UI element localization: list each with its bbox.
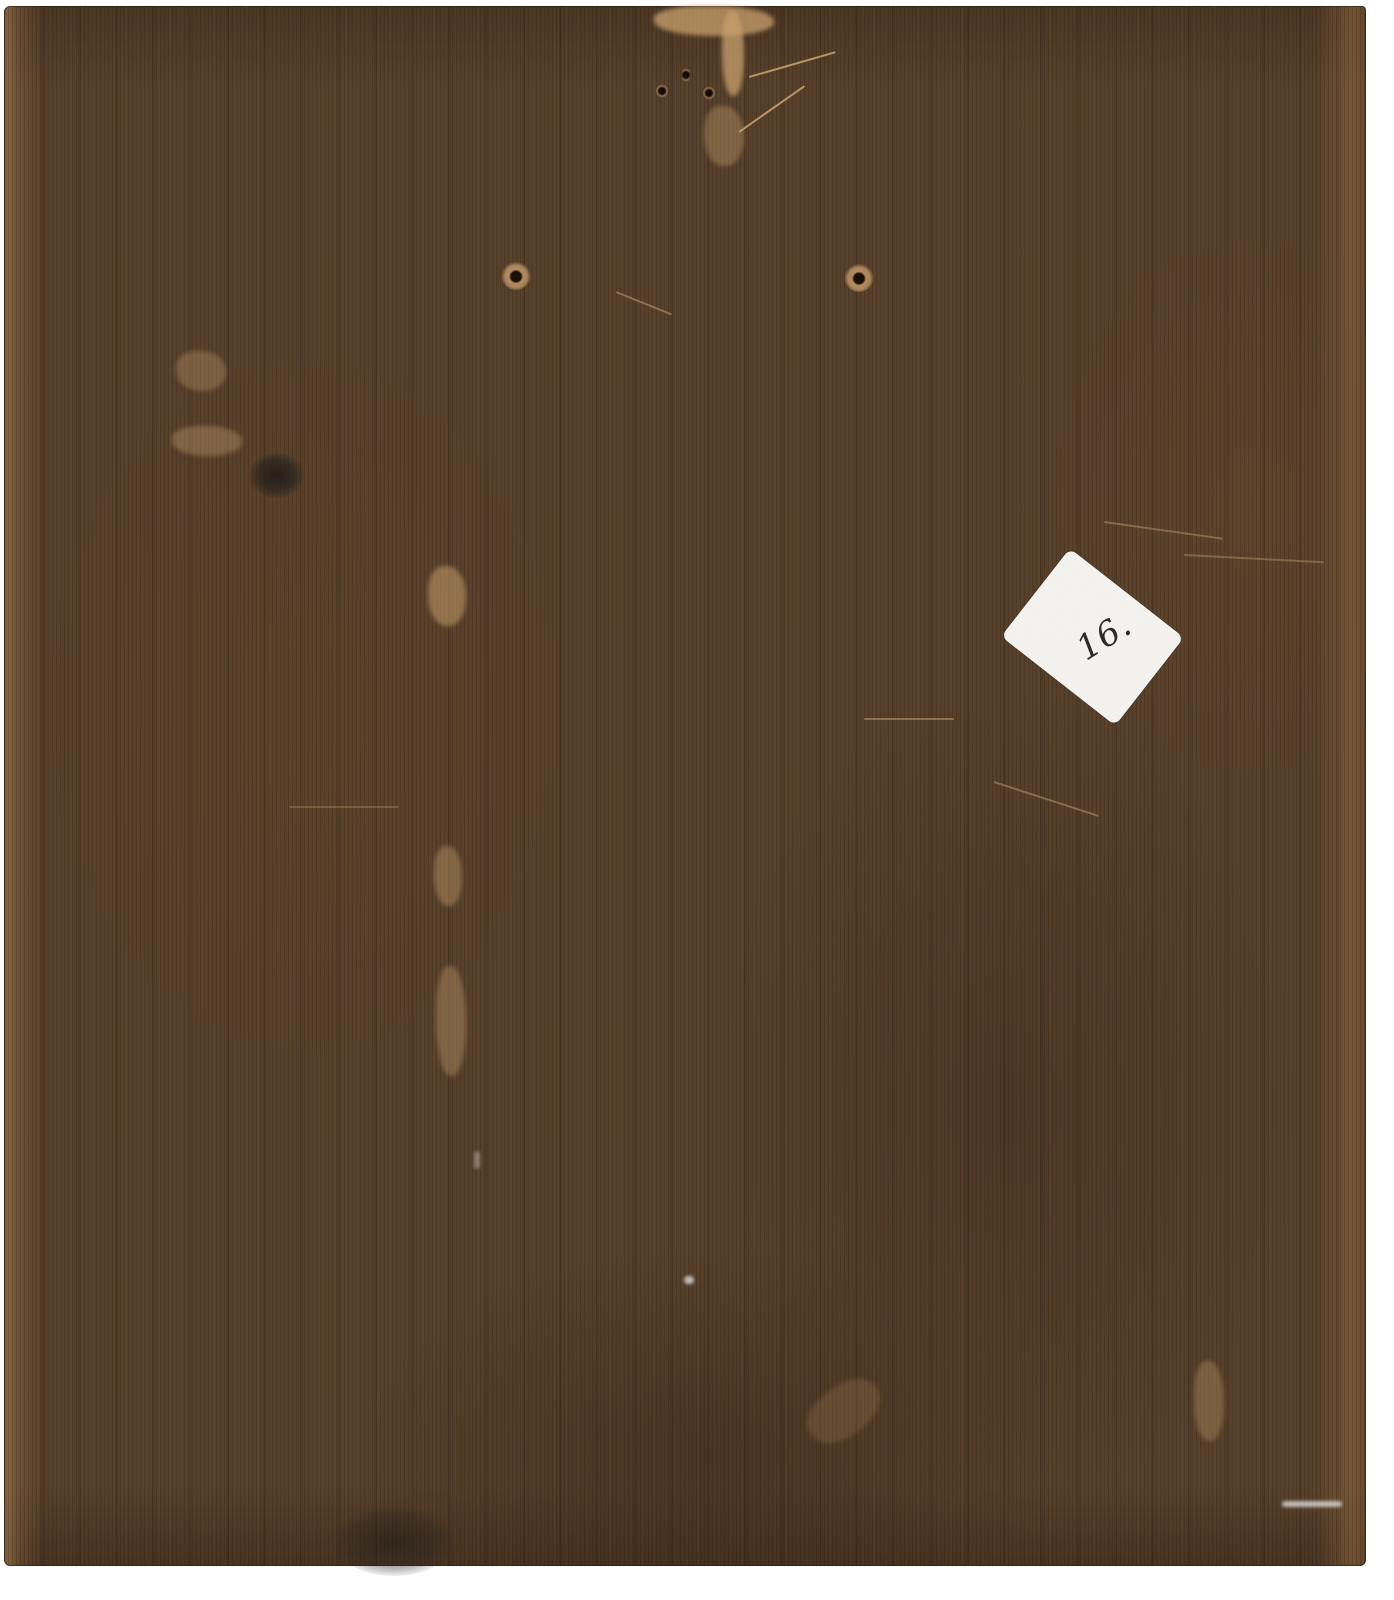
nail-hole-top-left [656,84,668,98]
scratch [749,51,836,78]
scratch [738,85,805,133]
wooden-panel-back: 16. [4,6,1366,1566]
scratch [864,718,954,720]
left-wear-patch [172,426,242,456]
scratch [289,806,399,808]
vertical-wear-streak [436,966,466,1076]
light-glare [474,1151,480,1169]
screw-hole-right [844,262,874,292]
lower-scuff [797,1366,890,1456]
top-split-wear [722,11,744,96]
right-edge-wear [1194,1361,1224,1441]
top-center-wear [704,106,744,166]
vertical-wear-streak [428,566,466,626]
nail-hole-top-slit [682,66,690,84]
scratch [1104,521,1223,540]
nail-hole-top-right [703,86,715,100]
dark-knot [249,453,304,498]
dark-stain-bottom [334,1506,454,1576]
scratch [994,781,1099,817]
label-number: 16. [1069,605,1139,669]
vertical-wear-streak [434,846,462,906]
light-glare [1282,1501,1342,1507]
inventory-label: 16. [1001,548,1184,726]
light-glare [684,1276,694,1284]
top-edge-wear [654,6,774,36]
scratch [616,291,672,315]
scratch [1184,554,1324,563]
left-wear-patch [176,351,226,391]
screw-hole-left [501,260,531,290]
